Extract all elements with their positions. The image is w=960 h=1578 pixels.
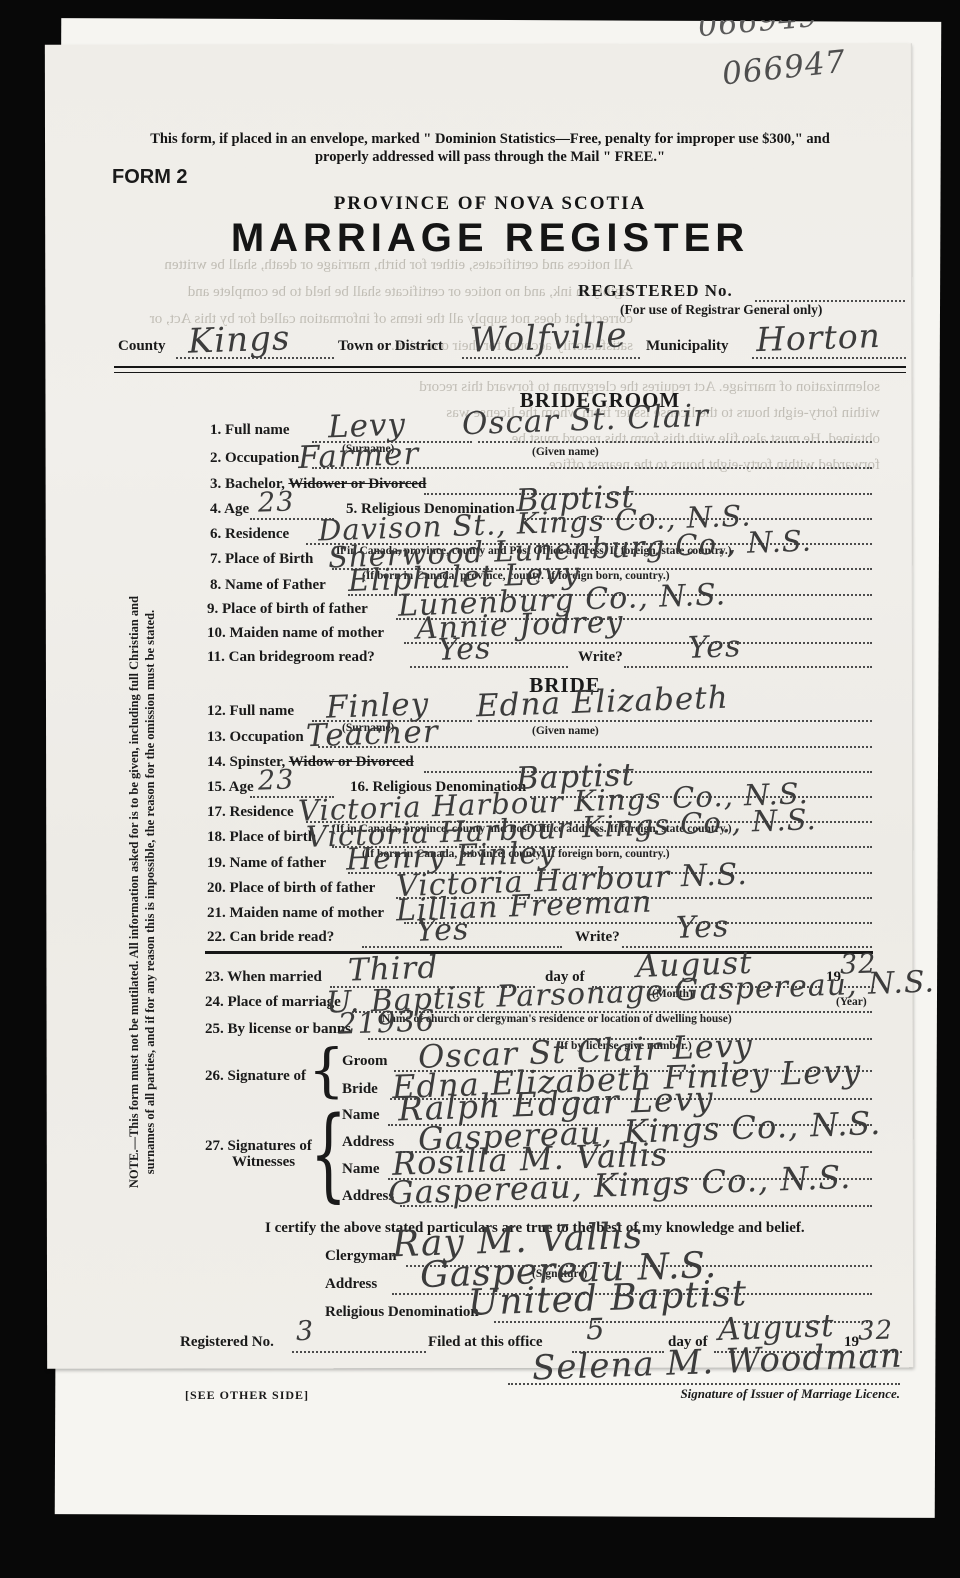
- town-value: Wolfville: [469, 315, 628, 360]
- dotted-line: [292, 1350, 426, 1353]
- county-value: Kings: [187, 318, 291, 362]
- bride-given-value: Edna Elizabeth: [475, 680, 729, 725]
- field-label-can-read-groom: 11. Can bridegroom read?: [207, 649, 375, 666]
- filed-label: Filed at this office: [428, 1334, 543, 1351]
- municipality-label: Municipality: [646, 338, 729, 355]
- margin-note: NOTE.—This form must not be mutilated. A…: [126, 562, 166, 1222]
- groom-write-value: Yes: [687, 629, 742, 666]
- dotted-line: [478, 440, 872, 443]
- field-label-residence-bride: 17. Residence: [207, 804, 294, 821]
- field-label-father-birthplace-bride: 20. Place of birth of father: [207, 880, 375, 897]
- dotted-line: [424, 770, 872, 773]
- town-label: Town or District: [338, 338, 443, 355]
- field-label-fullname-bride: 12. Full name: [207, 703, 294, 720]
- margin-note-line2: surnames of all parties, and if for any …: [142, 562, 158, 1222]
- dotted-line: [424, 492, 872, 495]
- page-title: MARRIAGE REGISTER: [90, 216, 890, 261]
- clergyman-denomination-label: Religious Denomination: [325, 1304, 479, 1321]
- field-label-bachelor: 3. Bachelor, Widower or Divorced: [210, 476, 426, 493]
- registrar-note: (For use of Registrar General only): [620, 302, 822, 318]
- form-number-label: FORM 2: [112, 166, 188, 189]
- witness2-name-label: Name: [342, 1161, 380, 1178]
- field-label-father-bride: 19. Name of father: [207, 855, 326, 872]
- field-label-occupation-groom: 2. Occupation: [210, 450, 299, 467]
- struck-widow-text: Widow or Divorced: [289, 754, 414, 770]
- see-other-side-label: [SEE OTHER SIDE]: [185, 1388, 309, 1403]
- bride-signature-label: Bride: [342, 1081, 378, 1098]
- field-label-place-of-marriage: 24. Place of marriage: [205, 994, 341, 1011]
- section-divider-thick: [205, 951, 873, 954]
- witness1-name-label: Name: [342, 1107, 380, 1124]
- registered-no-label: REGISTERED No.: [578, 281, 733, 301]
- field-label-witnesses-1: 27. Signatures of: [205, 1138, 312, 1155]
- field-label-can-read-bride: 22. Can bride read?: [207, 929, 334, 946]
- section-divider: [114, 366, 906, 373]
- field-label-mother-bride: 21. Maiden name of mother: [207, 905, 384, 922]
- groom-signature-label: Groom: [342, 1053, 388, 1070]
- margin-note-line1: NOTE.—This form must not be mutilated. A…: [126, 562, 142, 1222]
- witness2-address-label: Address: [342, 1188, 394, 1205]
- registered-no-bottom-label: Registered No.: [180, 1334, 274, 1351]
- field-label-age-groom: 4. Age: [210, 501, 249, 518]
- groom-occupation-value: Farmer: [297, 436, 419, 476]
- issuer-signature-label: Signature of Issuer of Marriage Licence.: [560, 1386, 900, 1402]
- field-label-when-married: 23. When married: [205, 969, 322, 986]
- registered-no-value: 3: [295, 1316, 314, 1348]
- dotted-line: [624, 665, 872, 668]
- bride-write-value: Yes: [675, 909, 730, 946]
- field-label-mother-groom: 10. Maiden name of mother: [207, 625, 384, 642]
- clergyman-label: Clergyman: [325, 1248, 397, 1265]
- given-name-caption-bride: (Given name): [532, 725, 599, 737]
- field-label-father-birthplace-groom: 9. Place of birth of father: [207, 601, 368, 618]
- field-label-birthplace-bride: 18. Place of birth: [207, 829, 316, 846]
- field-label-occupation-bride: 13. Occupation: [207, 729, 304, 746]
- county-label: County: [118, 338, 166, 355]
- field-label-spinster: 14. Spinster, Widow or Divorced: [207, 754, 414, 771]
- witness1-address-label: Address: [342, 1134, 394, 1151]
- clergyman-address-label: Address: [325, 1276, 377, 1293]
- bride-age-value: 23: [257, 764, 294, 796]
- municipality-value: Horton: [755, 316, 881, 359]
- groom-age-value: 23: [257, 486, 294, 518]
- bride-occupation-value: Teacher: [305, 714, 439, 755]
- field-label-write-bride: Write?: [575, 929, 620, 946]
- field-label-write-groom: Write?: [578, 649, 623, 666]
- struck-widower-text: Widower or Divorced: [288, 476, 426, 492]
- document-number: 066947: [720, 44, 847, 93]
- field-label-birthplace-groom: 7. Place of Birth: [210, 551, 313, 568]
- scanned-marriage-register: 066949 All notices and certificates, eit…: [0, 0, 960, 1578]
- mail-note-line1: This form, if placed in an envelope, mar…: [90, 131, 890, 148]
- field-label-age-bride: 15. Age: [207, 779, 254, 796]
- field-label-fullname-groom: 1. Full name: [210, 422, 290, 439]
- mail-note-line2: properly addressed will pass through the…: [90, 149, 890, 166]
- license-number-value: 21936: [337, 1003, 435, 1040]
- given-name-caption: (Given name): [532, 446, 599, 458]
- field-label-witnesses-2: Witnesses: [232, 1154, 295, 1171]
- province-heading: PROVINCE OF NOVA SCOTIA: [90, 193, 890, 215]
- field-label-residence-groom: 6. Residence: [210, 526, 289, 543]
- filed-day-value: 5: [585, 1312, 606, 1347]
- groom-read-value: Yes: [437, 631, 492, 668]
- field-label-signature-of: 26. Signature of: [205, 1068, 306, 1085]
- bride-read-value: Yes: [415, 912, 470, 949]
- clergyman-denomination-value: United Baptist: [467, 1273, 747, 1324]
- field-label-father-groom: 8. Name of Father: [210, 577, 326, 594]
